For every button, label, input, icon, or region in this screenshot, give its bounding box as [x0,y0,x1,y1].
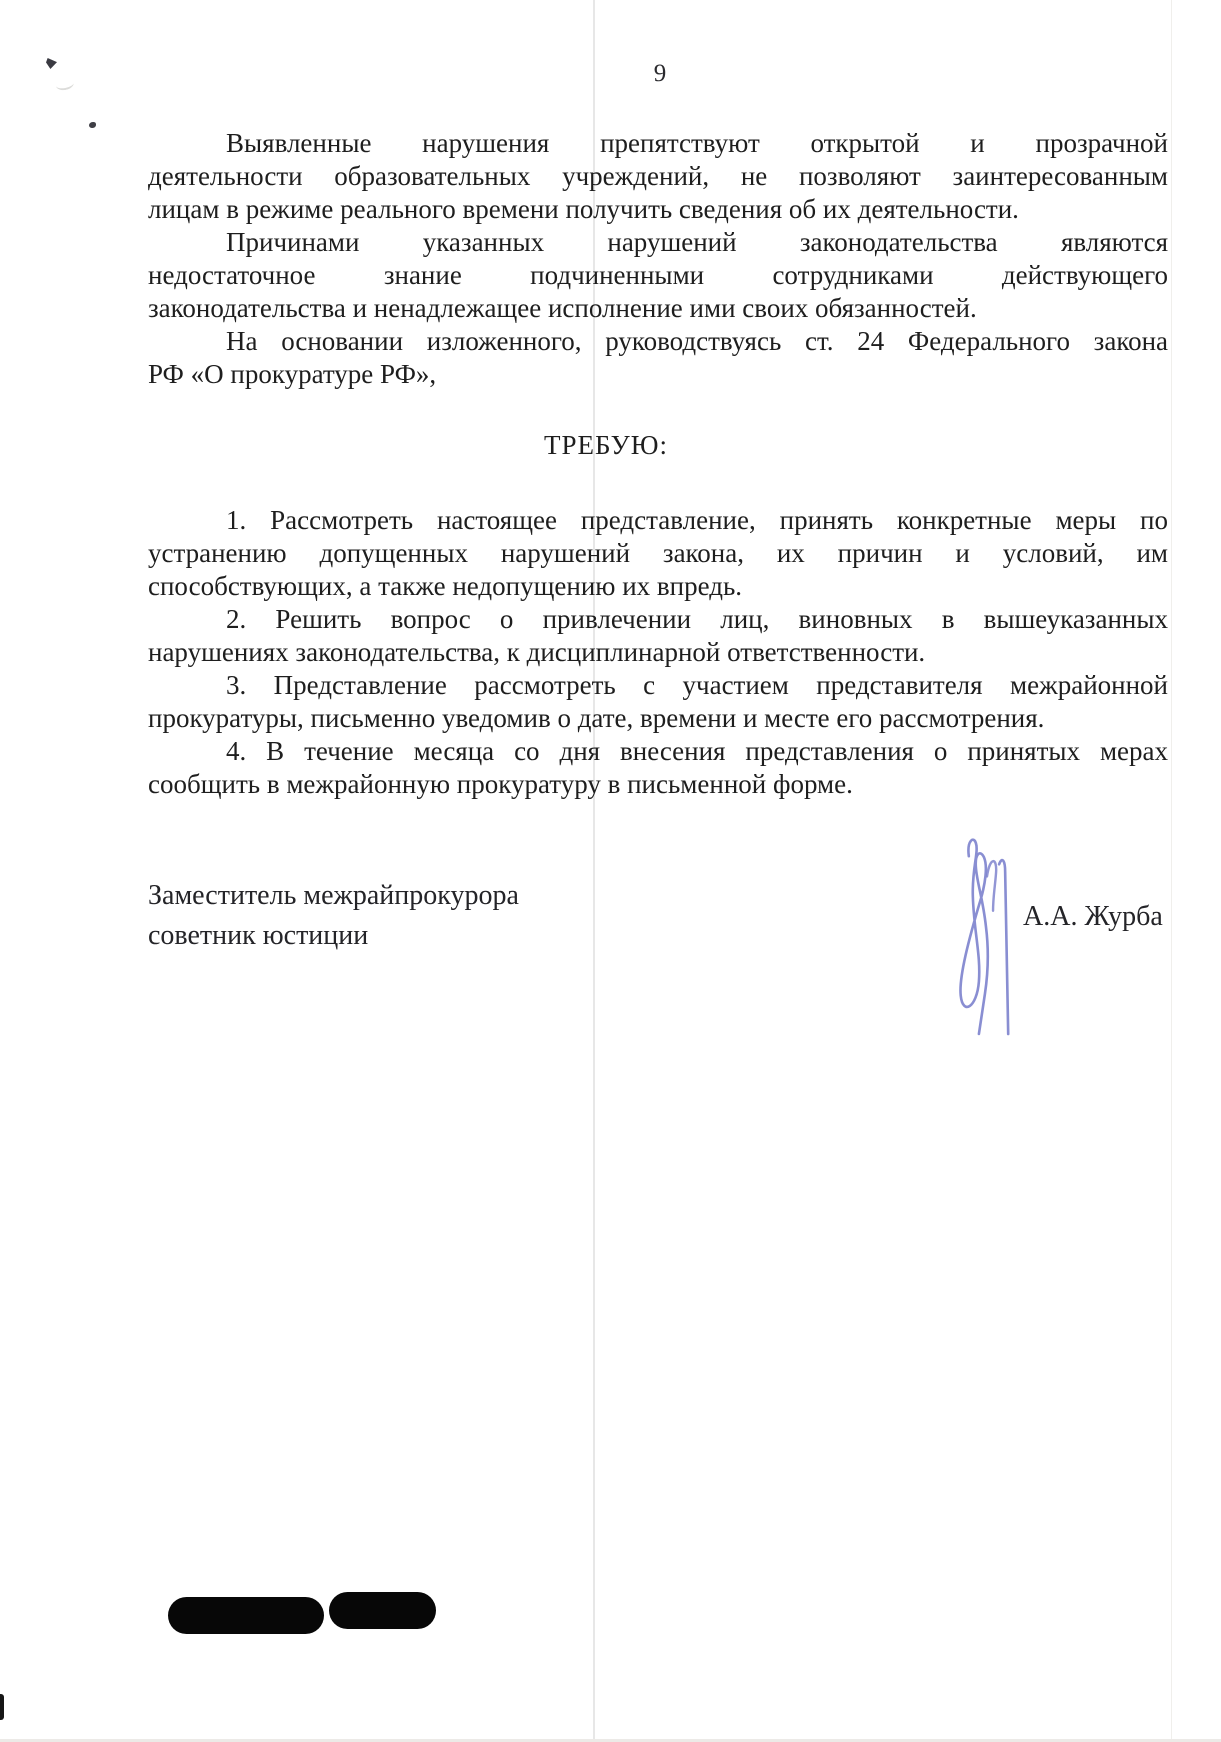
paragraph: Причинами указанных нарушений законодате… [148,226,1168,325]
handwritten-signature-icon [956,834,1020,1038]
paragraph-line: недостаточное знание подчиненными сотруд… [148,259,1168,292]
redaction-block [329,1592,436,1629]
redaction-block [168,1597,324,1634]
demand-item-line: 3. Представление рассмотреть с участием … [148,669,1168,702]
signer-title-line: советник юстиции [148,916,668,956]
demand-heading: ТРЕБУЮ: [96,429,1116,462]
demand-item-line: прокуратуры, письменно уведомив о дате, … [148,702,1168,735]
paragraph-line: Выявленные нарушения препятствуют открыт… [148,127,1168,160]
signer-name: А.А. Журба [1023,901,1163,933]
demand-item: 3. Представление рассмотреть с участием … [148,669,1168,735]
scan-edge-mark [0,1694,4,1720]
demand-item-line: 2. Решить вопрос о привлечении лиц, вино… [148,603,1168,636]
demand-item-line: 1. Рассмотреть настоящее представление, … [148,504,1168,537]
paragraph: На основании изложенного, руководствуясь… [148,325,1168,391]
paragraph-line: лицам в режиме реального времени получит… [148,193,1168,226]
paragraph-line: РФ «О прокуратуре РФ», [148,358,1168,391]
demand-item: 1. Рассмотреть настоящее представление, … [148,504,1168,603]
scan-speck [46,58,57,69]
demand-item: 4. В течение месяца со дня внесения пред… [148,735,1168,801]
paragraph-line: законодательства и ненадлежащее исполнен… [148,292,1168,325]
demand-item: 2. Решить вопрос о привлечении лиц, вино… [148,603,1168,669]
document-body: Выявленные нарушения препятствуют открыт… [148,127,1168,801]
paragraph-line: деятельности образовательных учреждений,… [148,160,1168,193]
demand-item-line: способствующих, а также недопущению их в… [148,570,1168,603]
scanned-document-page: 9 Выявленные нарушения препятствуют откр… [0,0,1221,1742]
paragraph-line: На основании изложенного, руководствуясь… [148,325,1168,358]
page-number: 9 [620,60,700,88]
paragraph-line: Причинами указанных нарушений законодате… [148,226,1168,259]
paragraph: Выявленные нарушения препятствуют открыт… [148,127,1168,226]
signer-title-line: Заместитель межрайпрокурора [148,876,668,916]
demand-item-line: нарушениях законодательства, к дисциплин… [148,636,1168,669]
demand-item-line: устранению допущенных нарушений закона, … [148,537,1168,570]
scan-edge-line [1171,0,1172,1742]
demand-item-line: 4. В течение месяца со дня внесения пред… [148,735,1168,768]
demand-item-line: сообщить в межрайонную прокуратуру в пис… [148,768,1168,801]
signer-title-block: Заместитель межрайпрокурора советник юст… [148,876,668,956]
scan-speck [55,80,74,91]
scan-speck [89,122,96,128]
